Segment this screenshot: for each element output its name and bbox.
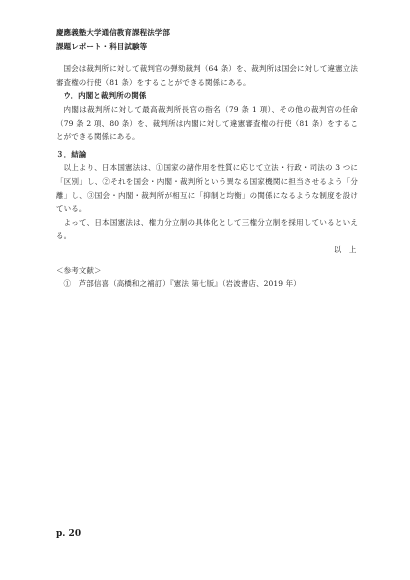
document-header: 慶應義塾大学通信教育課程法学部 課題レポート・科目試験等	[56, 26, 358, 53]
references-heading: ＜参考文献＞	[56, 264, 358, 278]
header-report-type-line: 課題レポート・科目試験等	[56, 40, 358, 54]
header-university-line: 慶應義塾大学通信教育課程法学部	[56, 26, 358, 40]
page-number: p. 20	[56, 529, 81, 539]
subheading-cabinet-and-courts: ウ．内閣と裁判所の関係	[56, 89, 358, 103]
reference-item-1: ① 芦部信喜（高橋和之補訂）『憲法 第七版』（岩波書店、2019 年）	[56, 277, 358, 291]
paragraph-conclusion-final: よって、日本国憲法は、権力分立制の具体化として三権分立制を採用しているといえる。	[56, 216, 358, 243]
paragraph-cabinet-and-courts: 内閣は裁判所に対して最高裁判所長官の指名（79 条 1 項）、その他の裁判官の任…	[56, 103, 358, 144]
paragraph-diet-and-courts: 国会は裁判所に対して裁判官の弾劾裁判（64 条）を、裁判所は国会に対して違憲立法…	[56, 62, 358, 89]
references-section: ＜参考文献＞ ① 芦部信喜（高橋和之補訂）『憲法 第七版』（岩波書店、2019 …	[56, 264, 358, 291]
paragraph-conclusion-summary: 以上より、日本国憲法は、①国家の諸作用を性質に応じて立法・行政・司法の 3 つに…	[56, 161, 358, 215]
heading-conclusion: ３．結論	[56, 148, 358, 162]
closing-mark: 以 上	[56, 243, 358, 257]
document-page: 慶應義塾大学通信教育課程法学部 課題レポート・科目試験等 国会は裁判所に対して裁…	[0, 0, 410, 580]
document-content: 慶應義塾大学通信教育課程法学部 課題レポート・科目試験等 国会は裁判所に対して裁…	[56, 26, 358, 291]
